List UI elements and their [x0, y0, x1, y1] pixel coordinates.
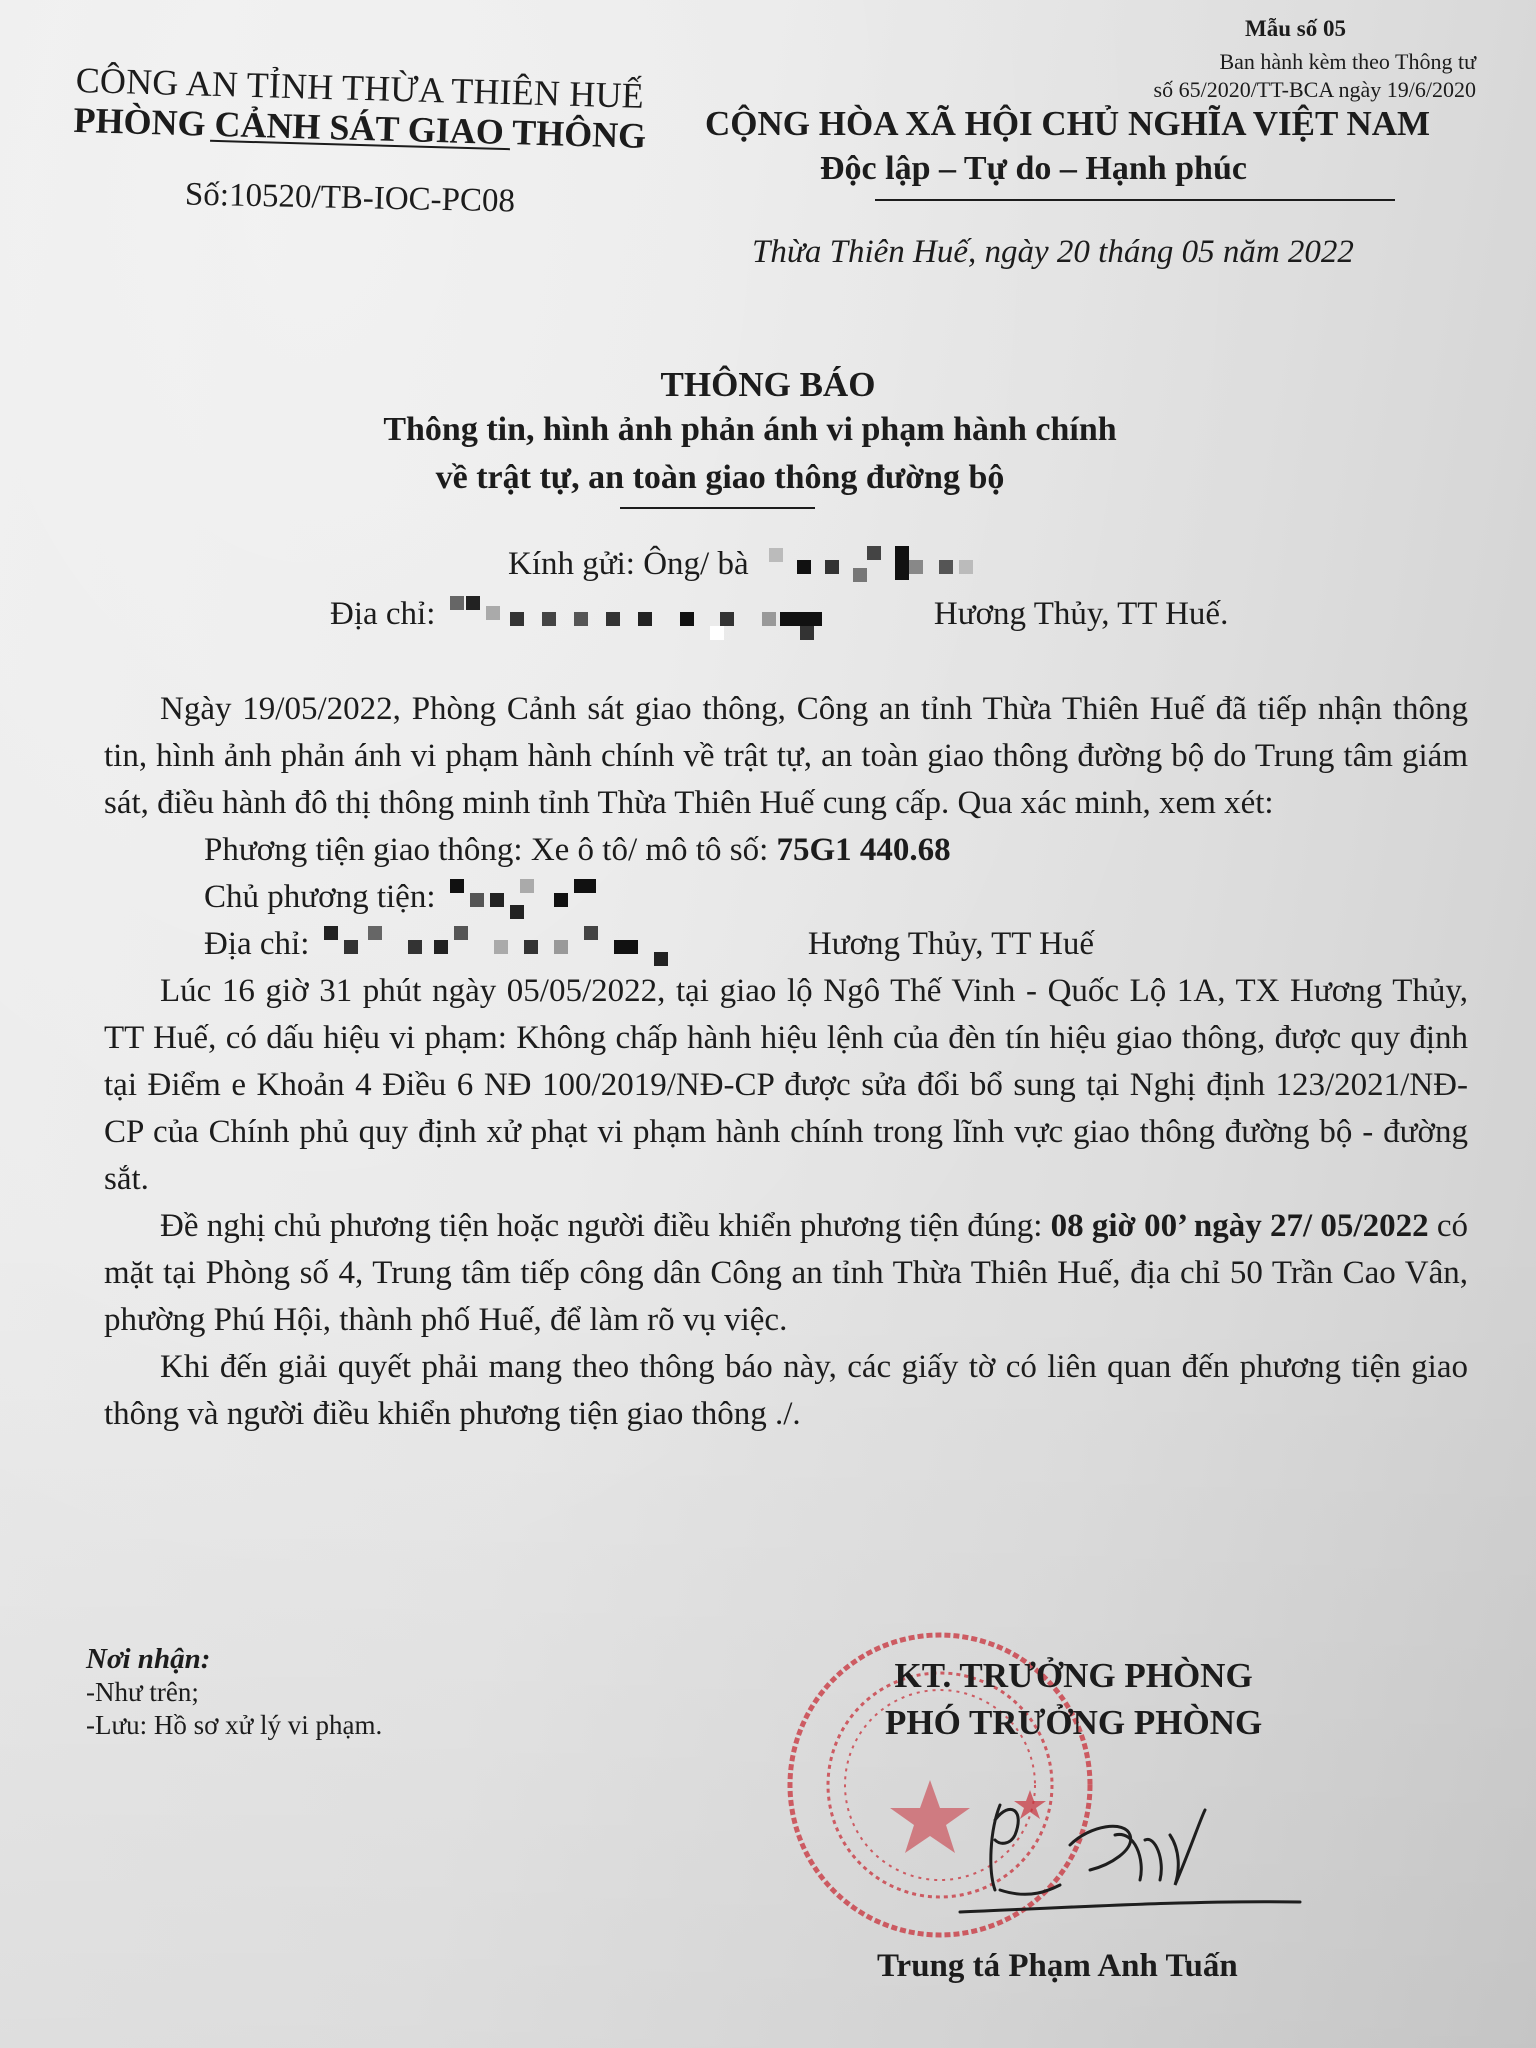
redacted-owner-name: [450, 879, 700, 919]
document-number: Số:10520/TB-IOC-PC08: [20, 173, 681, 224]
recipients-block: Nơi nhận: -Như trên; -Lưu: Hồ sơ xử lý v…: [86, 1643, 382, 1742]
country-name: CỘNG HÒA XÃ HỘI CHỦ NGHĨA VIỆT NAM: [705, 104, 1430, 144]
vehicle-line: Phương tiện giao thông: Xe ô tô/ mô tô s…: [104, 827, 1468, 874]
address-label: Địa chỉ:: [330, 596, 435, 632]
paragraph-received: Ngày 19/05/2022, Phòng Cảnh sát giao thô…: [104, 686, 1468, 827]
owner-address-label: Địa chỉ:: [204, 926, 309, 962]
document-title: THÔNG BÁO: [0, 365, 1536, 405]
national-motto: Độc lập – Tự do – Hạnh phúc: [820, 150, 1247, 188]
signature-title: KT. TRƯỞNG PHÒNG PHÓ TRƯỞNG PHÒNG: [885, 1652, 1262, 1746]
signatory-name: Trung tá Phạm Anh Tuấn: [877, 1948, 1238, 1985]
document-subtitle-line2: về trật tự, an toàn giao thông đường bộ: [0, 459, 1440, 497]
redacted-owner-address: [324, 926, 794, 966]
owner-address-line: Địa chỉ: Hương Thủy, TT Huế: [104, 921, 1468, 968]
handwritten-signature-icon: [940, 1790, 1340, 1920]
signature-title-line2: PHÓ TRƯỞNG PHÒNG: [885, 1699, 1262, 1746]
recipients-heading: Nơi nhận:: [86, 1643, 382, 1676]
summons-text: Đề nghị chủ phương tiện hoặc người điều …: [160, 1208, 1051, 1244]
document-subtitle-line1: Thông tin, hình ảnh phản ánh vi phạm hàn…: [0, 411, 1500, 449]
issued-with: Ban hành kèm theo Thông tư số 65/2020/TT…: [1154, 48, 1476, 104]
owner-line: Chủ phương tiện:: [104, 874, 1468, 921]
signature-title-line1: KT. TRƯỞNG PHÒNG: [885, 1652, 1262, 1699]
address-suffix: Hương Thủy, TT Huế.: [934, 596, 1228, 632]
paragraph-requirements: Khi đến giải quyết phải mang theo thông …: [104, 1344, 1468, 1438]
owner-address-suffix: Hương Thủy, TT Huế: [808, 926, 1094, 962]
vehicle-plate: 75G1 440.68: [777, 832, 951, 868]
issued-with-line2: số 65/2020/TT-BCA ngày 19/6/2020: [1154, 76, 1476, 104]
summons-time: 08 giờ 00’ ngày 27/ 05/2022: [1051, 1208, 1429, 1244]
form-number: Mẫu số 05: [1245, 16, 1346, 42]
motto-underline: [875, 199, 1395, 201]
subtitle-underline: [620, 507, 815, 509]
redacted-name: [763, 546, 1023, 586]
recipient-line: Kính gửi: Ông/ bà: [508, 546, 1029, 586]
owner-label: Chủ phương tiện:: [204, 879, 436, 915]
recipient-address-line: Địa chỉ: Hương Thủy, TT Huế.: [330, 596, 1228, 636]
recipient-item: -Lưu: Hồ sơ xử lý vi phạm.: [86, 1709, 382, 1742]
greeting-label: Kính gửi: Ông/ bà: [508, 546, 749, 582]
paragraph-summons: Đề nghị chủ phương tiện hoặc người điều …: [104, 1203, 1468, 1344]
vehicle-label: Phương tiện giao thông: Xe ô tô/ mô tô s…: [204, 832, 777, 868]
recipient-item: -Như trên;: [86, 1676, 382, 1709]
place-date: Thừa Thiên Huế, ngày 20 tháng 05 năm 202…: [752, 234, 1354, 271]
paragraph-violation: Lúc 16 giờ 31 phút ngày 05/05/2022, tại …: [104, 968, 1468, 1203]
redacted-address: [450, 596, 920, 636]
issued-with-line1: Ban hành kèm theo Thông tư: [1154, 48, 1476, 76]
document-body: Ngày 19/05/2022, Phòng Cảnh sát giao thô…: [104, 686, 1468, 1438]
header-left: CÔNG AN TỈNH THỪA THIÊN HUẾ PHÒNG CẢNH S…: [40, 58, 680, 217]
